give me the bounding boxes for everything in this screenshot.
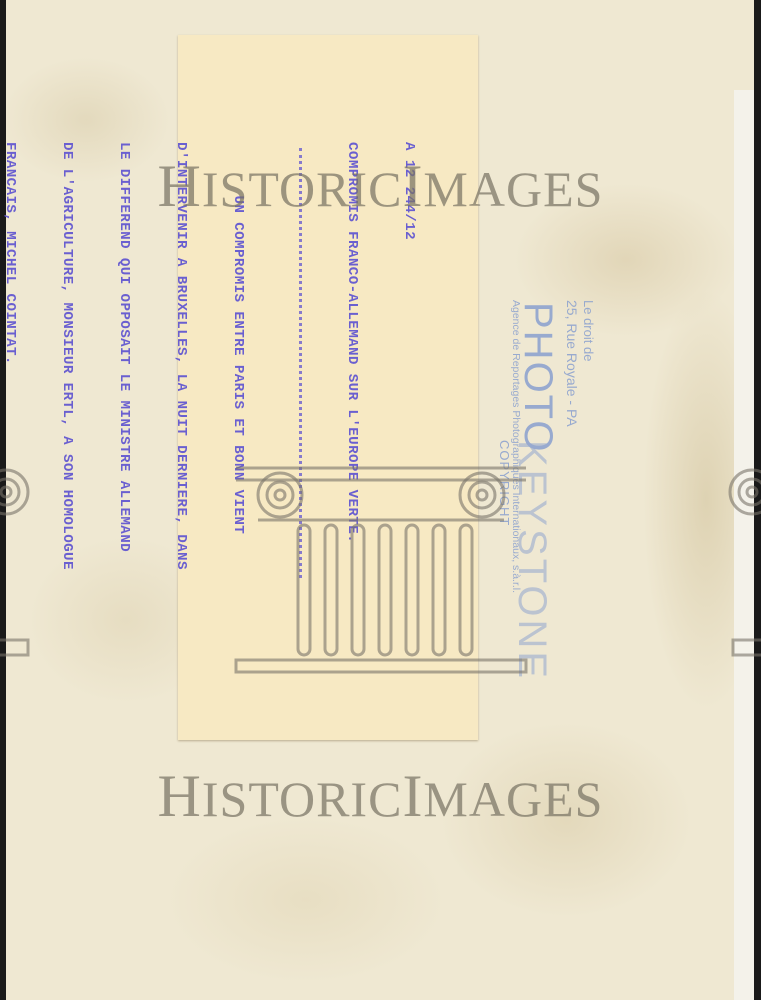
watermark-bottom: HISTORICIMAGES — [0, 762, 761, 831]
caption-line: FRANCAIS, MICHEL COINTAT. — [0, 142, 19, 682]
caption-line: D'INTERVENIR A BRUXELLES, LA NUIT DERNIE… — [171, 142, 190, 682]
watermark-letter: I — [402, 153, 423, 219]
page-edge — [734, 90, 754, 1000]
caption-line: LE DIFFEREND QUI OPPOSAIT LE MINISTRE AL… — [114, 142, 133, 682]
caption-line: UN COMPROMIS ENTRE PARIS ET BONN VIENT — [228, 142, 247, 682]
watermark-word: MAGES — [423, 161, 603, 217]
watermark-word: ISTORIC — [202, 771, 403, 827]
watermark-letter: I — [402, 763, 423, 829]
stamp-brand: KEYSTONE — [509, 440, 554, 681]
stamp-address: 25, Rue Royale - PA — [564, 300, 580, 427]
stamp-copyright: COPYRIGHT — [497, 440, 512, 526]
stamp-rights-text: Le droit de — [581, 300, 596, 361]
watermark-word: ISTORIC — [202, 161, 403, 217]
typewritten-caption: A 12 244/12 COMPROMIS FRANCO-ALLEMAND SU… — [176, 142, 456, 682]
caption-line: DE L'AGRICULTURE, MONSIEUR ERTL, A SON H… — [57, 142, 76, 682]
stamp-photo-label: PHOTO — [518, 302, 558, 454]
watermark-letter: H — [158, 153, 202, 219]
caption-headline: COMPROMIS FRANCO-ALLEMAND SUR L'EUROPE V… — [342, 142, 361, 682]
keystone-stamp: Le droit de 25, Rue Royale - PA PHOTO Ag… — [488, 300, 588, 720]
caption-reference: A 12 244/12 — [399, 142, 418, 682]
watermark-letter: H — [158, 763, 202, 829]
watermark-word: MAGES — [423, 771, 603, 827]
watermark-top: HISTORICIMAGES — [0, 152, 761, 221]
